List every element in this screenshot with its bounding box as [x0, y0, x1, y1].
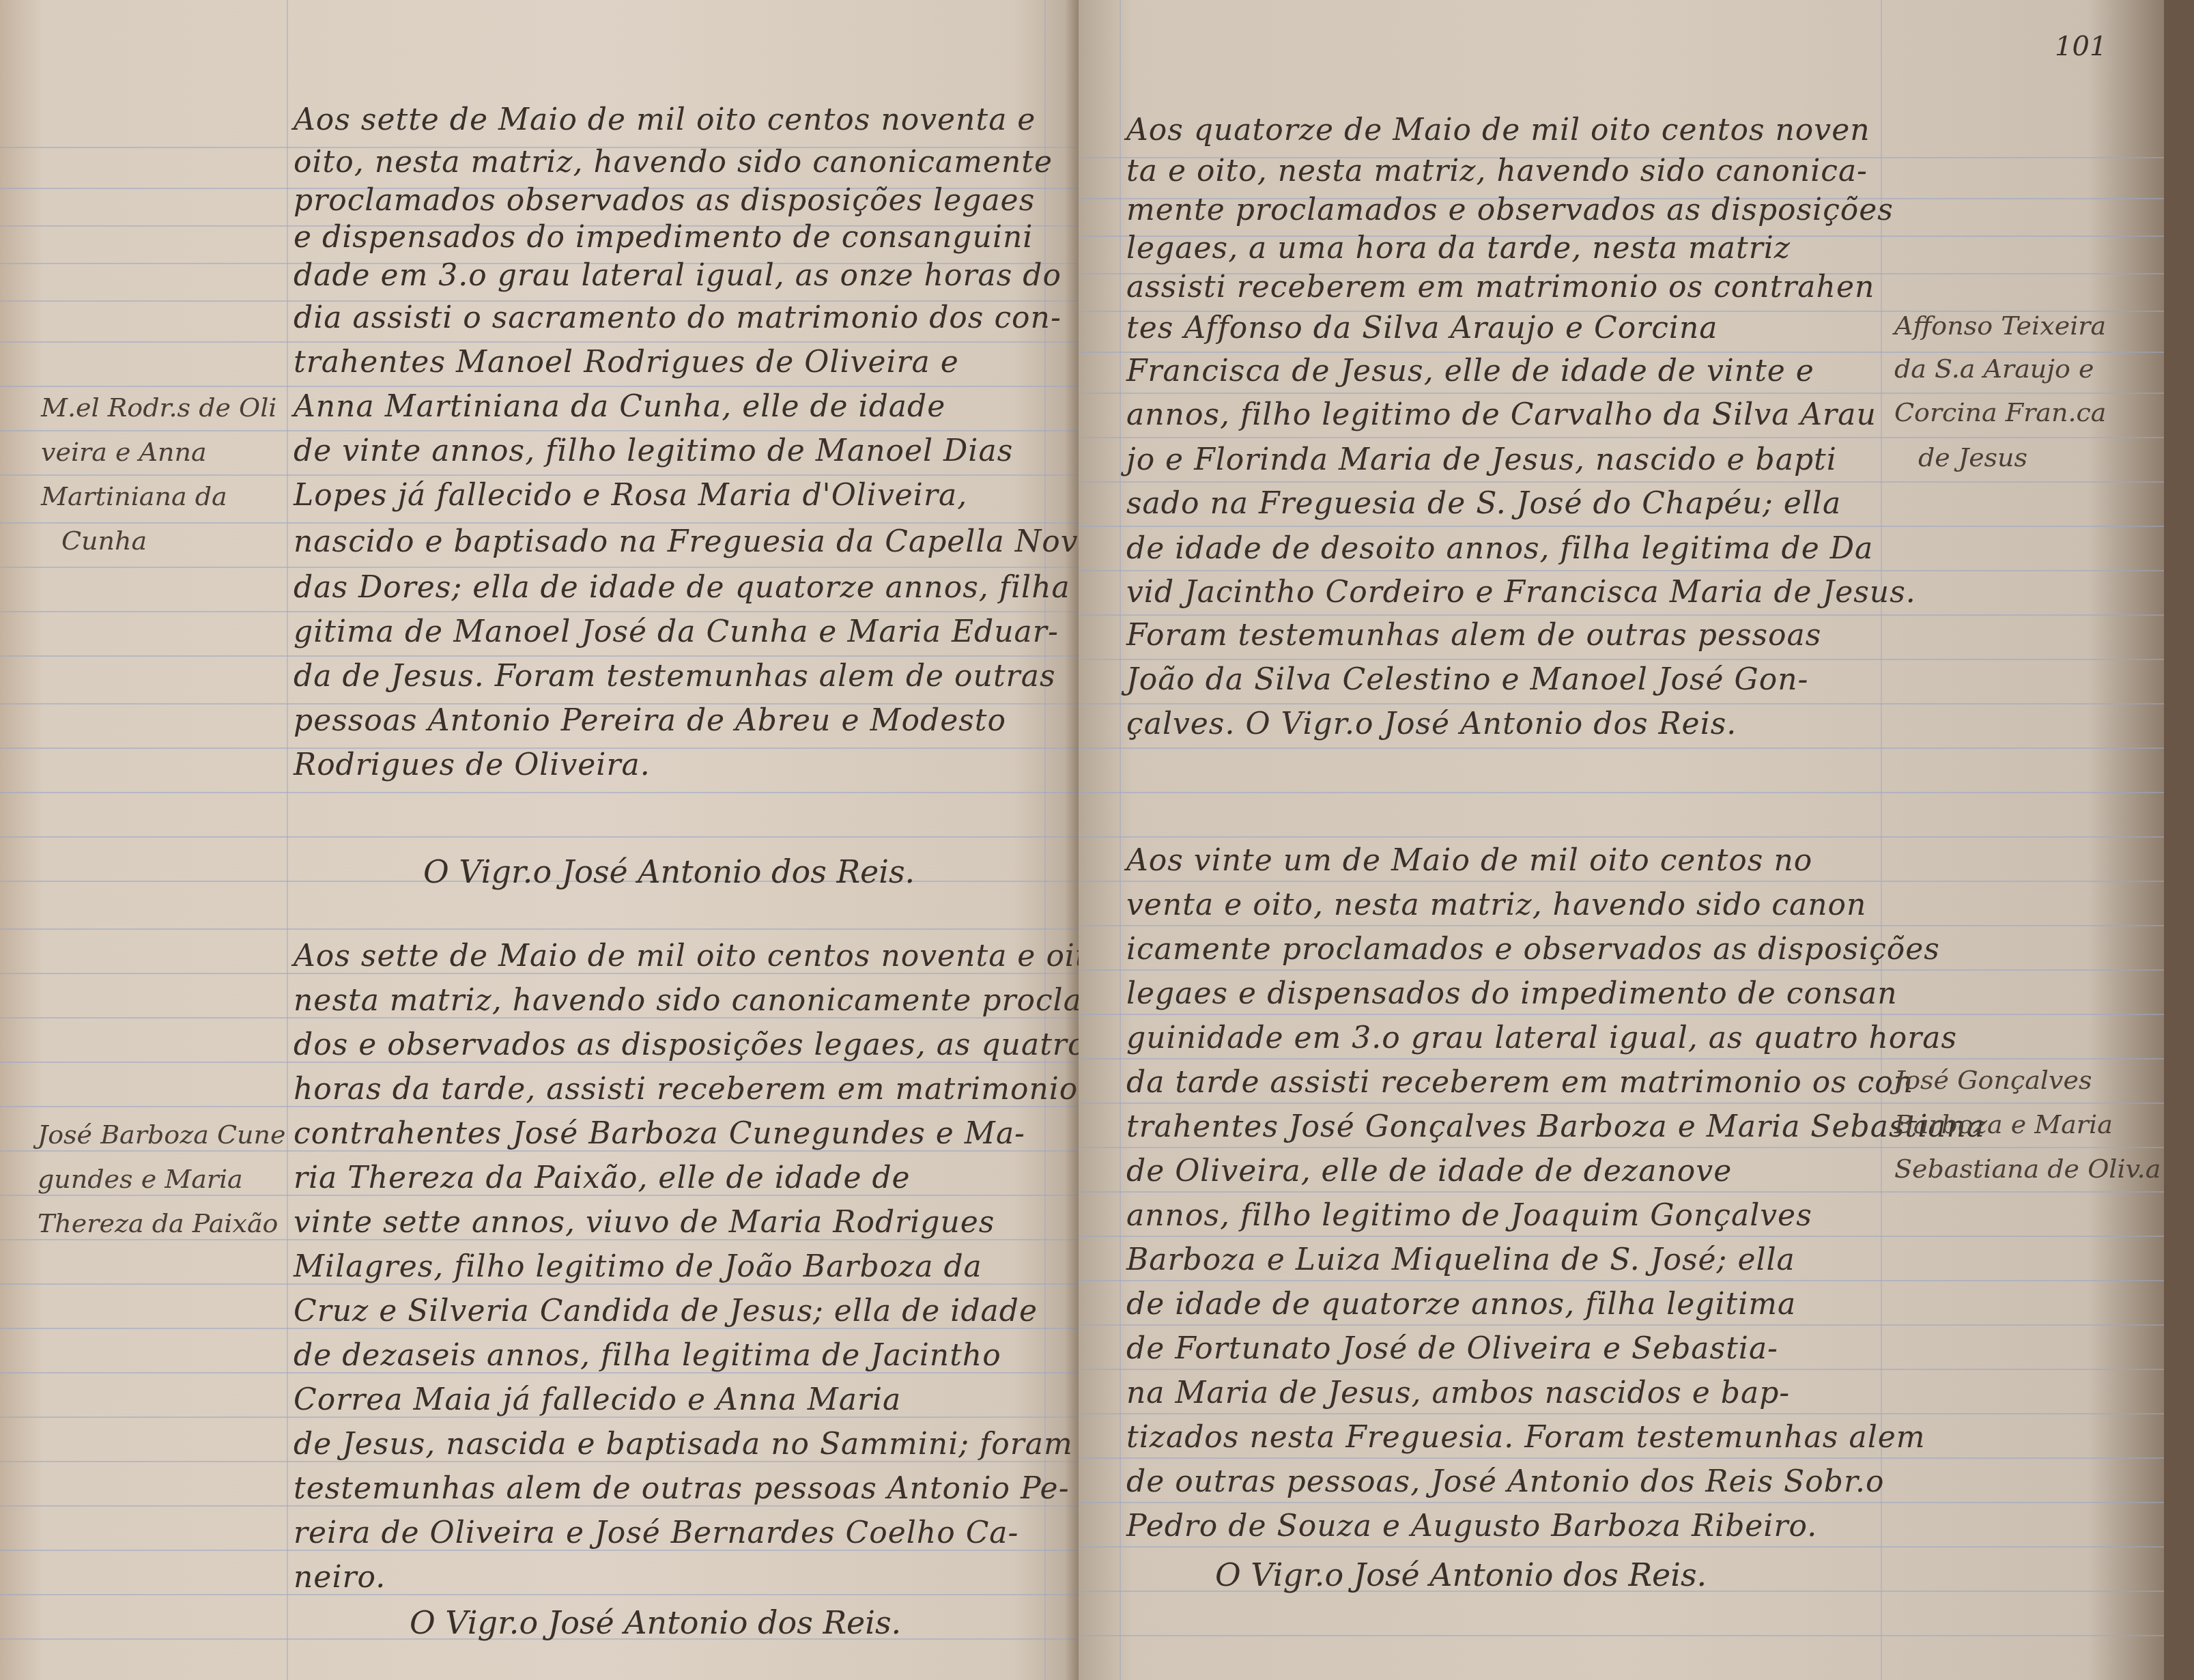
- ruled-line: [1079, 881, 2164, 882]
- entry-line: de outras pessoas, José Antonio dos Reis…: [1126, 1464, 1885, 1499]
- margin-note-line: gundes e Maria: [38, 1164, 243, 1194]
- page-number: 101: [2055, 31, 2107, 62]
- ruled-line: [1079, 925, 2164, 926]
- entry-line: icamente proclamados e observados as dis…: [1126, 932, 1940, 967]
- ruled-line: [0, 836, 1079, 838]
- priest-signature: O Vigr.o José Antonio dos Reis.: [423, 853, 915, 890]
- margin-note-line: veira e Anna: [41, 437, 207, 467]
- ruled-line: [1079, 1635, 2164, 1636]
- entry-line: neiro.: [294, 1560, 386, 1595]
- margin-note-line: Barboza e Maria: [1894, 1109, 2113, 1139]
- entry-line: Aos vinte um de Maio de mil oito centos …: [1126, 843, 1812, 878]
- entry-line: de vinte annos, filho legitimo de Manoel…: [294, 433, 1013, 468]
- entry-line: reira de Oliveira e José Bernardes Coelh…: [294, 1515, 1018, 1550]
- entry-line: oito, nesta matriz, havendo sido canonic…: [294, 145, 1053, 180]
- entry-line: de Fortunato José de Oliveira e Sebastia…: [1126, 1331, 1778, 1366]
- register-spread: Aos sette de Maio de mil oito centos nov…: [0, 0, 2194, 1680]
- entry-line: de idade de quatorze annos, filha legiti…: [1126, 1287, 1796, 1322]
- ruled-line: [1079, 1546, 2164, 1548]
- entry-line: na Maria de Jesus, ambos nascidos e bap-: [1126, 1376, 1790, 1410]
- entry-line: Anna Martiniana da Cunha, elle de idade: [294, 389, 945, 424]
- entry-line: ria Thereza da Paixão, elle de idade de: [294, 1161, 911, 1195]
- ruled-line: [1079, 659, 2164, 660]
- ruled-line: [1079, 1102, 2164, 1104]
- ruled-line: [1079, 1280, 2164, 1281]
- entry-line: de dezaseis annos, filha legitima de Jac…: [294, 1338, 1001, 1373]
- margin-note-line: M.el Rodr.s de Oli: [41, 393, 277, 423]
- ruled-line: [1079, 1457, 2164, 1459]
- entry-line: pessoas Antonio Pereira de Abreu e Modes…: [294, 703, 1006, 738]
- margin-note-line: Martiniana da: [41, 481, 227, 511]
- ruled-line: [1079, 1324, 2164, 1326]
- entry-line: de Oliveira, elle de idade de dezanove: [1126, 1154, 1732, 1188]
- ruled-line: [0, 522, 1079, 524]
- entry-line: nascido e baptisado na Freguesia da Cape…: [294, 524, 1079, 559]
- entry-line: das Dores; ella de idade de quatorze ann…: [294, 570, 1079, 605]
- margin-note-line: da S.a Araujo e: [1894, 354, 2094, 384]
- ruled-line: [0, 928, 1079, 930]
- margin-note-line: Corcina Fran.ca: [1894, 397, 2106, 427]
- margin-note-line: Thereza da Paixão: [38, 1208, 278, 1238]
- entry-line: trahentes Manoel Rodrigues de Oliveira e: [294, 345, 959, 380]
- ruled-line: [0, 341, 1079, 343]
- entry-line: vid Jacintho Cordeiro e Francisca Maria …: [1126, 575, 1916, 610]
- entry-line: tizados nesta Freguesia. Foram testemunh…: [1126, 1420, 1925, 1455]
- ruled-line: [1079, 1058, 2164, 1059]
- right-page: 101 Aos: [1079, 0, 2164, 1680]
- entry-line: legaes e dispensados do impedimento de c…: [1126, 976, 1898, 1011]
- entry-line: da de Jesus. Foram testemunhas alem de o…: [294, 659, 1055, 694]
- ruled-line: [0, 430, 1079, 431]
- entry-line: ta e oito, nesta matriz, havendo sido ca…: [1126, 154, 1868, 188]
- ruled-line: [1079, 526, 2164, 527]
- ruled-line: [1079, 1147, 2164, 1148]
- entry-line: mente proclamados e observados as dispos…: [1126, 193, 1894, 227]
- ruled-line: [1079, 1413, 2164, 1414]
- entry-line: Pedro de Souza e Augusto Barboza Ribeiro…: [1126, 1509, 1817, 1543]
- ruled-line: [1079, 969, 2164, 971]
- entry-line: Milagres, filho legitimo de João Barboza…: [294, 1249, 982, 1284]
- entry-line: Foram testemunhas alem de outras pessoas: [1126, 618, 1821, 653]
- ruled-line: [0, 567, 1079, 568]
- entry-line: guinidade em 3.o grau lateral igual, as …: [1126, 1021, 1957, 1055]
- entry-line: Aos quatorze de Maio de mil oito centos …: [1126, 113, 1870, 147]
- margin-note-line: Sebastiana de Oliv.a: [1894, 1154, 2161, 1184]
- entry-line: jo e Florinda Maria de Jesus, nascido e …: [1126, 442, 1837, 477]
- margin-note-line: Affonso Teixeira: [1894, 311, 2106, 341]
- entry-line: legaes, a uma hora da tarde, nesta matri…: [1126, 231, 1791, 266]
- margin-note-line: José Gonçalves: [1894, 1065, 2092, 1095]
- entry-line: çalves. O Vigr.o José Antonio dos Reis.: [1126, 707, 1737, 741]
- entry-line: Rodrigues de Oliveira.: [294, 748, 651, 782]
- entry-line: vinte sette annos, viuvo de Maria Rodrig…: [294, 1205, 995, 1240]
- ruled-line: [1079, 614, 2164, 616]
- entry-line: venta e oito, nesta matriz, havendo sido…: [1126, 887, 1866, 922]
- ruled-line: [0, 792, 1079, 793]
- entry-line: tes Affonso da Silva Araujo e Corcina: [1126, 311, 1718, 345]
- entry-line: gitima de Manoel José da Cunha e Maria E…: [294, 614, 1059, 649]
- entry-line: annos, filho legitimo de Joaquim Gonçalv…: [1126, 1198, 1812, 1233]
- priest-signature: O Vigr.o José Antonio dos Reis.: [1215, 1556, 1707, 1593]
- entry-line: Francisca de Jesus, elle de idade de vin…: [1126, 354, 1814, 388]
- entry-line: proclamados observados as disposições le…: [294, 183, 1035, 218]
- ruled-line: [1079, 393, 2164, 394]
- ruled-line: [1079, 1502, 2164, 1503]
- entry-line: dade em 3.o grau lateral igual, as onze …: [294, 258, 1062, 293]
- entry-line: Cruz e Silveria Candida de Jesus; ella d…: [294, 1294, 1038, 1328]
- entry-line: de idade de desoito annos, filha legitim…: [1126, 531, 1873, 566]
- ruled-line: [0, 655, 1079, 657]
- left-page: Aos sette de Maio de mil oito centos nov…: [0, 0, 1079, 1680]
- ruled-line: [0, 611, 1079, 612]
- entry-line: sado na Freguesia de S. José do Chapéu; …: [1126, 486, 1841, 521]
- margin-note-line: Cunha: [61, 526, 147, 556]
- ruled-line: [1079, 748, 2164, 749]
- ruled-line: [0, 1594, 1079, 1595]
- ruled-line: [0, 474, 1079, 476]
- margin-note-line: José Barboza Cune: [38, 1120, 285, 1150]
- entry-line: da tarde assisti receberem em matrimonio…: [1126, 1065, 1913, 1100]
- entry-line: contrahentes José Barboza Cunegundes e M…: [294, 1116, 1025, 1151]
- ruled-line: [1079, 703, 2164, 704]
- entry-line: assisti receberem em matrimonio os contr…: [1126, 270, 1875, 304]
- entry-line: Barboza e Luiza Miquelina de S. José; el…: [1126, 1242, 1795, 1277]
- entry-line: Correa Maia já fallecido e Anna Maria: [294, 1382, 901, 1417]
- ruled-line: [1079, 481, 2164, 483]
- ruled-line: [1079, 1369, 2164, 1370]
- margin-note-line: de Jesus: [1918, 442, 2027, 472]
- priest-signature: O Vigr.o José Antonio dos Reis.: [410, 1604, 901, 1641]
- margin-rule: [287, 0, 288, 1680]
- book-cover-edge: [2164, 0, 2194, 1680]
- ruled-line: [1079, 570, 2164, 571]
- entry-line: annos, filho legitimo de Carvalho da Sil…: [1126, 397, 1877, 432]
- entry-line: trahentes José Gonçalves Barboza e Maria…: [1126, 1109, 1985, 1144]
- entry-line: nesta matriz, havendo sido canonicamente…: [294, 983, 1079, 1018]
- ruled-line: [1079, 1014, 2164, 1015]
- ruled-line: [1079, 1236, 2164, 1237]
- ruled-line: [1079, 836, 2164, 838]
- entry-line: Lopes já fallecido e Rosa Maria d'Olivei…: [294, 478, 967, 513]
- entry-line: Aos sette de Maio de mil oito centos nov…: [294, 102, 1036, 137]
- entry-line: testemunhas alem de outras pessoas Anton…: [294, 1471, 1070, 1506]
- ruled-line: [1079, 1191, 2164, 1193]
- entry-line: Aos sette de Maio de mil oito centos nov…: [294, 939, 1079, 973]
- entry-line: dia assisti o sacramento do matrimonio d…: [294, 300, 1062, 335]
- margin-rule: [1120, 0, 1121, 1680]
- entry-line: de Jesus, nascida e baptisada no Sammini…: [294, 1427, 1073, 1462]
- entry-line: e dispensados do impedimento de consangu…: [294, 220, 1033, 255]
- ruled-line: [1079, 437, 2164, 438]
- entry-line: dos e observados as disposições legaes, …: [294, 1027, 1079, 1062]
- ruled-line: [0, 386, 1079, 387]
- ruled-line: [1079, 792, 2164, 793]
- entry-line: João da Silva Celestino e Manoel José Go…: [1126, 662, 1808, 697]
- ruled-line: [1079, 352, 2164, 353]
- entry-line: horas da tarde, assisti receberem em mat…: [294, 1072, 1079, 1107]
